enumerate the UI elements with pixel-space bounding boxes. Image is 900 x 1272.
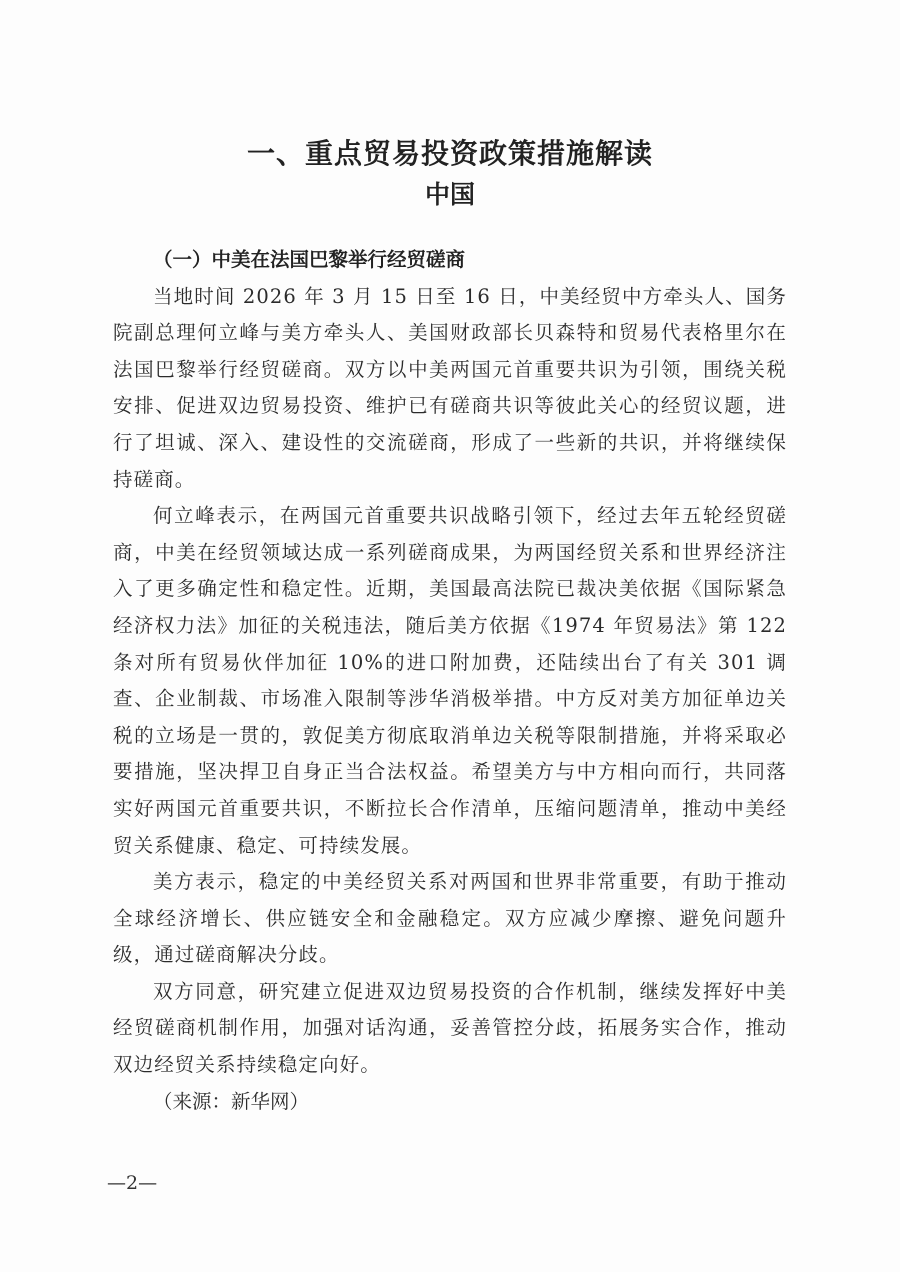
paragraph-4: 双方同意，研究建立促进双边贸易投资的合作机制，继续发挥好中美经贸磋商机制作用，加… [113, 974, 787, 1084]
document-title: 一、重点贸易投资政策措施解读 [0, 132, 900, 172]
source-citation: （来源：新华网） [113, 1084, 787, 1121]
document-subtitle: 中国 [0, 175, 900, 211]
document-body: （一）中美在法国巴黎举行经贸磋商 当地时间 2026 年 3 月 15 日至 1… [113, 242, 787, 1120]
section-heading: （一）中美在法国巴黎举行经贸磋商 [113, 242, 787, 279]
paragraph-2: 何立峰表示，在两国元首重要共识战略引领下，经过去年五轮经贸磋商，中美在经贸领域达… [113, 498, 787, 864]
document-page: 一、重点贸易投资政策措施解读 中国 （一）中美在法国巴黎举行经贸磋商 当地时间 … [0, 0, 900, 1272]
paragraph-3: 美方表示，稳定的中美经贸关系对两国和世界非常重要，有助于推动全球经济增长、供应链… [113, 864, 787, 974]
page-number: —2— [107, 1172, 157, 1194]
paragraph-1: 当地时间 2026 年 3 月 15 日至 16 日，中美经贸中方牵头人、国务院… [113, 279, 787, 499]
